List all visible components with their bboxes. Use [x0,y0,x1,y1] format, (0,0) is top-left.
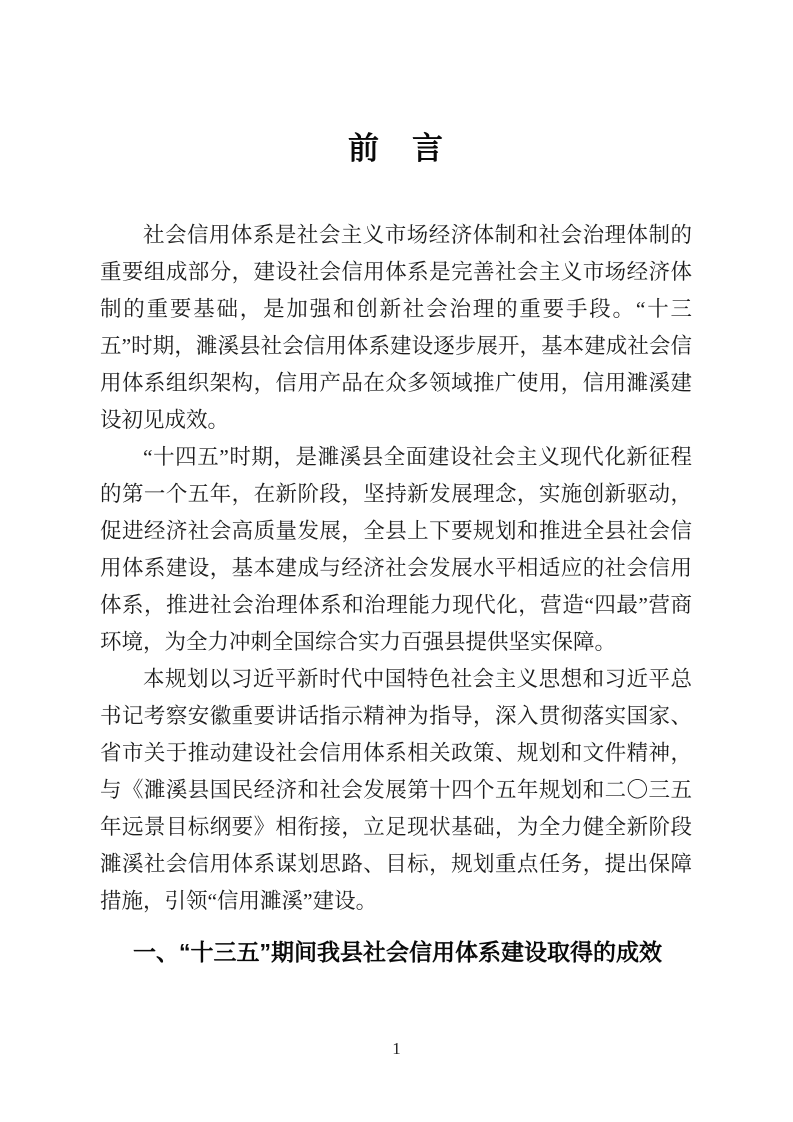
paragraph-intro-credit-system: 社会信用体系是社会主义市场经济体制和社会治理体制的重要组成部分，建设社会信用体系… [100,217,692,439]
page-title: 前 言 [100,128,692,170]
paragraph-plan-guidance: 本规划以习近平新时代中国特色社会主义思想和习近平总书记考察安徽重要讲话指示精神为… [100,661,692,920]
paragraph-14th-five-year-period: “十四五”时期，是濉溪县全面建设社会主义现代化新征程的第一个五年，在新阶段，坚持… [100,439,692,661]
section-heading-13th-five-year-achievements: 一、“十三五”期间我县社会信用体系建设取得的成效 [100,934,692,971]
document-content: 前 言 社会信用体系是社会主义市场经济体制和社会治理体制的重要组成部分，建设社会… [0,128,793,971]
document-page: 前 言 社会信用体系是社会主义市场经济体制和社会治理体制的重要组成部分，建设社会… [0,0,793,1122]
page-number: 1 [0,1037,793,1061]
